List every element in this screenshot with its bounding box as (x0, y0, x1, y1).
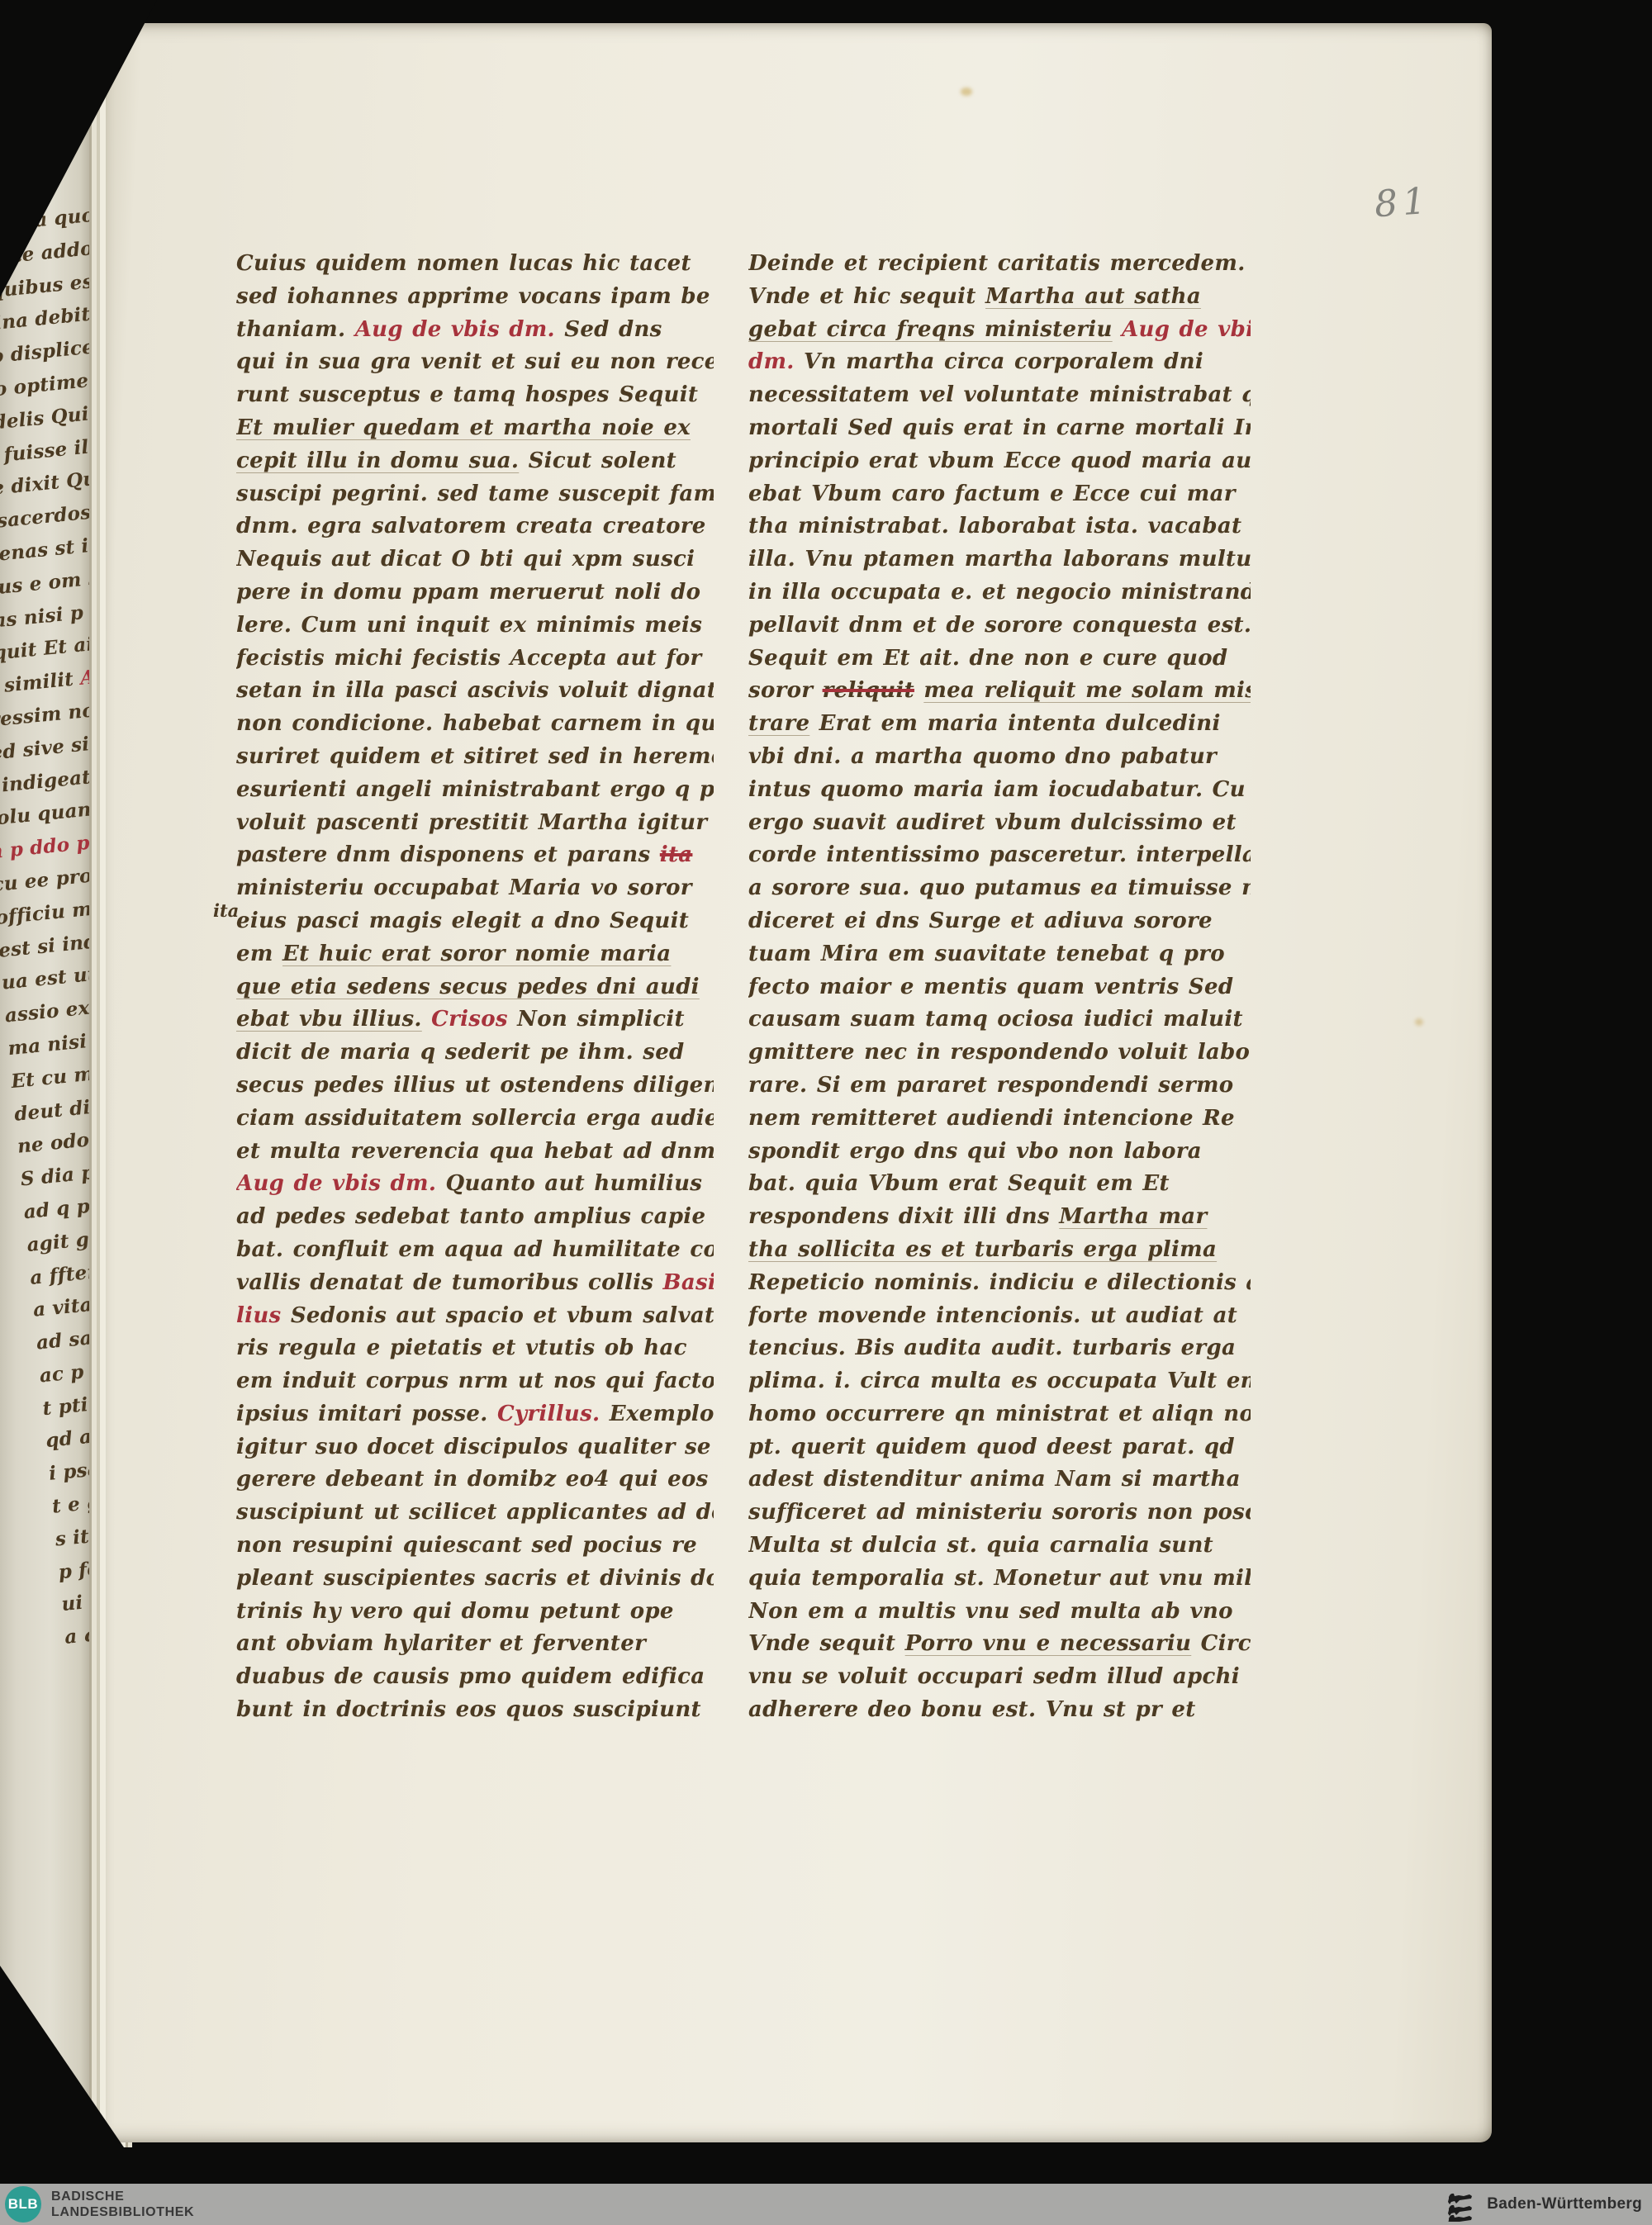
manuscript-text: qd ait p oia se (45, 1416, 91, 1453)
manuscript-text: bat. confluit em aqua ad humilitate con (236, 1237, 714, 1262)
library-name: BADISCHE LANDESBIBLIOTHEK (51, 2189, 194, 2220)
manuscript-text: adherere deo bonu est. Vnu st pr et (748, 1697, 1196, 1722)
manuscript-text: fecistis michi fecistis Accepta aut for (236, 646, 702, 671)
manuscript-line: Aug de vbis dm. Quanto aut humilius (236, 1168, 714, 1201)
foxing-spot (1415, 1018, 1423, 1026)
manuscript-text: Sed dns (555, 317, 662, 342)
manuscript-text: voluit pascenti prestitit Martha igitur (236, 810, 707, 835)
manuscript-line: in illa occupata e. et negocio ministran… (748, 576, 1251, 610)
manuscript-text: secus pedes illius ut ostendens diligen (236, 1073, 714, 1098)
manuscript-text: Nequis aut dicat O bti qui xpm susci (236, 547, 695, 572)
manuscript-text: bat. quia Vbum erat Sequit em Et (748, 1171, 1170, 1196)
manuscript-text: vbi dni. a martha quomo dno pabatur (748, 744, 1217, 769)
manuscript-text: Vnde et hic sequit (748, 284, 985, 309)
manuscript-text: Et mulier quedam et martha noie ex (236, 415, 691, 440)
manuscript-text: Exemplo (600, 1402, 714, 1426)
manuscript-text: plima. i. circa multa es occupata Vult e… (748, 1369, 1251, 1393)
manuscript-line: dm. Vn martha circa corporalem dni (748, 346, 1251, 379)
baden-wuerttemberg-coat-of-arms-icon (1444, 2187, 1477, 2222)
manuscript-line: causam suam tamq ociosa iudici maluit (748, 1003, 1251, 1037)
manuscript-text: sed iohannes apprime vocans ipam be (236, 284, 710, 309)
manuscript-text: spondit ergo dns qui vbo non labora (748, 1139, 1202, 1164)
manuscript-line: non condicione. habebat carnem in qua e (236, 708, 714, 741)
manuscript-line: fecistis michi fecistis Accepta aut for (236, 643, 714, 676)
manuscript-text: ebat Vbum caro factum e Ecce cui mar (748, 482, 1236, 506)
manuscript-text: adest distenditur anima Nam si martha (748, 1467, 1241, 1492)
manuscript-line: adest distenditur anima Nam si martha (748, 1464, 1251, 1497)
manuscript-text: et multa reverencia qua hebat ad dnm (236, 1139, 714, 1164)
manuscript-line: duabus de causis pmo quidem edifica (236, 1661, 714, 1694)
manuscript-text: gebat circa freqns ministeriu (748, 317, 1113, 342)
manuscript-text: Non simplicit (508, 1007, 685, 1032)
manuscript-text: dicit de maria q sederit pe ihm. sed (236, 1040, 685, 1065)
manuscript-text: homo occurrere qn ministrat et aliqn non (748, 1402, 1251, 1426)
manuscript-text: pere in domu ppam meruerut noli do (236, 580, 700, 605)
photographed-book-scene: tora tempa quo vmissaut cuncte addos exp… (0, 0, 1652, 2225)
manuscript-text: Deinde et recipient caritatis mercedem. (748, 251, 1246, 276)
text-column-right: Deinde et recipient caritatis mercedem.V… (748, 248, 1251, 1734)
rubric-text: Aug de vbis (1122, 317, 1251, 342)
manuscript-line: trare Erat em maria intenta dulcedini (748, 708, 1251, 741)
manuscript-line: tha sollicita es et turbaris erga plima (748, 1234, 1251, 1267)
manuscript-text (914, 678, 923, 703)
manuscript-line: Nequis aut dicat O bti qui xpm susci (236, 543, 714, 576)
manuscript-text: Porro vnu e necessariu (905, 1631, 1192, 1656)
manuscript-text: respondens dixit illi dns (748, 1204, 1059, 1229)
manuscript-line: suscipi pegrini. sed tame suscepit famul… (236, 478, 714, 511)
manuscript-line: quia temporalia st. Monetur aut vnu mili… (748, 1563, 1251, 1596)
manuscript-line: tuam Mira em suavitate tenebat q pro (748, 938, 1251, 971)
manuscript-text: ipsius imitari posse. (236, 1402, 497, 1426)
manuscript-text: em (236, 942, 282, 966)
marginal-correction-note: ita (213, 900, 239, 921)
manuscript-line: bunt in doctrinis eos quos suscipiunt (236, 1694, 714, 1727)
library-name-line2: LANDESBIBLIOTHEK (51, 2204, 194, 2220)
manuscript-line: pere in domu ppam meruerut noli do (236, 576, 714, 610)
rubric-text: Crisos (431, 1007, 508, 1032)
manuscript-text: igitur suo docet discipulos qualiter se (236, 1435, 711, 1459)
manuscript-text: ad pedes sedebat tanto amplius capie (236, 1204, 705, 1229)
manuscript-line: lere. Cum uni inquit ex minimis meis (236, 610, 714, 643)
manuscript-line: forte movende intencionis. ut audiat at (748, 1300, 1251, 1333)
manuscript-line: gmittere nec in respondendo voluit labo (748, 1037, 1251, 1070)
manuscript-line: necessitatem vel voluntate ministrabat q… (748, 379, 1251, 412)
manuscript-line: adherere deo bonu est. Vnu st pr et (748, 1694, 1251, 1727)
manuscript-text: tha sollicita es et turbaris erga plima (748, 1237, 1217, 1262)
manuscript-line: setan in illa pasci ascivis voluit digna… (236, 675, 714, 708)
manuscript-text: fecto maior e mentis quam ventris Sed (748, 975, 1233, 999)
library-footer-bar: BLB BADISCHE LANDESBIBLIOTHEK Baden-Würt… (0, 2184, 1652, 2225)
manuscript-text: cepit illu in domu sua. (236, 448, 519, 473)
manuscript-text: suscipi pegrini. sed tame suscepit famul… (236, 482, 714, 506)
manuscript-line: igitur suo docet discipulos qualiter se (236, 1431, 714, 1464)
manuscript-line: ciam assiduitatem sollercia erga audiend… (236, 1103, 714, 1136)
manuscript-text: tencius. Bis audita audit. turbaris erga (748, 1335, 1236, 1360)
manuscript-text: Quanto aut humilius (436, 1171, 702, 1196)
manuscript-line: ebat Vbum caro factum e Ecce cui mar (748, 478, 1251, 511)
manuscript-line: runt susceptus e tamq hospes Sequit (236, 379, 714, 412)
manuscript-line: rare. Si em pararet respondendi sermo (748, 1070, 1251, 1103)
manuscript-line: Vnde et hic sequit Martha aut satha (748, 281, 1251, 314)
manuscript-text: Martha mar (1059, 1204, 1207, 1229)
manuscript-text: tha ministrabat. laborabat ista. vacabat (748, 514, 1241, 538)
manuscript-line: Cuius quidem nomen lucas hic tacet (236, 248, 714, 281)
manuscript-text: intus quomo maria iam iocudabatur. Cu (748, 777, 1246, 802)
manuscript-line: corde intentissimo pasceretur. interpell… (748, 839, 1251, 872)
manuscript-text: reliquit (823, 678, 914, 703)
manuscript-text: Et huic erat soror nomie maria (282, 942, 671, 966)
manuscript-line: diceret ei dns Surge et adiuva sorore (748, 905, 1251, 938)
manuscript-text: thaniam. (236, 317, 355, 342)
manuscript-text: setan in illa pasci ascivis voluit digna… (236, 678, 714, 703)
manuscript-text: t e gre dei fide (51, 1480, 91, 1517)
manuscript-text: suscipiunt ut scilicet applicantes ad do… (236, 1500, 714, 1525)
manuscript-text: ciam assiduitatem sollercia erga audiend… (236, 1106, 714, 1131)
manuscript-line: Deinde et recipient caritatis mercedem. (748, 248, 1251, 281)
manuscript-text: qui in sua gra venit et sui eu non recep… (236, 349, 714, 374)
manuscript-line: mortali Sed quis erat in carne mortali I… (748, 412, 1251, 445)
manuscript-line: ad pedes sedebat tanto amplius capie (236, 1201, 714, 1234)
manuscript-line: Vnde sequit Porro vnu e necessariu Circa (748, 1628, 1251, 1661)
manuscript-text: S dia p se qua i (20, 1153, 91, 1191)
rubric-text: Aug de vbis dm. (236, 1171, 436, 1196)
manuscript-line: que etia sedens secus pedes dni audi (236, 971, 714, 1004)
manuscript-text: Sicut solent (519, 448, 676, 473)
blb-logo-icon: BLB (5, 2186, 41, 2223)
manuscript-line: non resupini quiescant sed pocius re (236, 1530, 714, 1563)
library-name-line1: BADISCHE (51, 2189, 194, 2204)
manuscript-text: duabus de causis pmo quidem edifica (236, 1664, 705, 1689)
manuscript-text: ministeriu occupabat Maria vo soror (236, 875, 692, 900)
manuscript-text: soror (748, 678, 823, 703)
manuscript-line: sufficeret ad ministeriu sororis non pos… (748, 1497, 1251, 1530)
manuscript-line: em induit corpus nrm ut nos qui facto4 (236, 1365, 714, 1398)
manuscript-line: illa. Vnu ptamen martha laborans multu (748, 543, 1251, 576)
rubric-text: lius (236, 1303, 282, 1328)
manuscript-line: spondit ergo dns qui vbo non labora (748, 1136, 1251, 1169)
rubric-text: ita (660, 842, 693, 867)
manuscript-text: ui boni sumus (60, 1579, 91, 1616)
manuscript-text: pt. querit quidem quod deest parat. qd (748, 1435, 1235, 1459)
manuscript-text: Multa st dulcia st. quia carnalia sunt (748, 1533, 1213, 1558)
manuscript-text: suriret quidem et sitiret sed in heremo (236, 744, 714, 769)
folio-number: 81 (1343, 178, 1461, 228)
manuscript-text: forte movende intencionis. ut audiat at (748, 1303, 1237, 1328)
manuscript-text: que etia sedens secus pedes dni audi (236, 975, 700, 999)
manuscript-line: respondens dixit illi dns Martha mar (748, 1201, 1251, 1234)
manuscript-line: ris regula e pietatis et vtutis ob hac (236, 1332, 714, 1365)
manuscript-line: fecto maior e mentis quam ventris Sed (748, 971, 1251, 1004)
manuscript-line: eius pasci magis elegit a dno Sequit (236, 905, 714, 938)
manuscript-text: pellavit dnm et de sorore conquesta est. (748, 613, 1251, 638)
manuscript-text: Vnde sequit (748, 1631, 905, 1656)
manuscript-text: vallis denatat de tumoribus collis (236, 1270, 663, 1295)
manuscript-line: soror reliquit mea reliquit me solam mis (748, 675, 1251, 708)
manuscript-text: Non em a multis vnu sed multa ab vno (748, 1599, 1233, 1624)
manuscript-text: dnm. egra salvatorem creata creatore (236, 514, 706, 538)
manuscript-line: sed iohannes apprime vocans ipam be (236, 281, 714, 314)
manuscript-text: bunt in doctrinis eos quos suscipiunt (236, 1697, 701, 1722)
manuscript-line: Repeticio nominis. indiciu e dilectionis… (748, 1267, 1251, 1300)
manuscript-text: Sedonis aut spacio et vbum salvato (282, 1303, 714, 1328)
rubric-text: Cyrillus. (497, 1402, 600, 1426)
manuscript-line: homo occurrere qn ministrat et aliqn non (748, 1398, 1251, 1431)
manuscript-text: Sequit em Et ait. dne non e cure quod (748, 646, 1227, 671)
manuscript-text: Repeticio nominis. indiciu e dilectionis… (748, 1270, 1251, 1295)
manuscript-text: mea reliquit me solam mis (923, 678, 1251, 703)
manuscript-text: vnu se voluit occupari sedm illud apchi (748, 1664, 1240, 1689)
manuscript-line: ergo suavit audiret vbum dulcissimo et (748, 807, 1251, 840)
manuscript-line: Multa st dulcia st. quia carnalia sunt (748, 1530, 1251, 1563)
manuscript-text: gmittere nec in respondendo voluit labo (748, 1040, 1250, 1065)
manuscript-line: pleant suscipientes sacris et divinis do… (236, 1563, 714, 1596)
manuscript-line: suscipiunt ut scilicet applicantes ad do… (236, 1497, 714, 1530)
manuscript-text: tuam Mira em suavitate tenebat q pro (748, 942, 1225, 966)
manuscript-line: tha ministrabat. laborabat ista. vacabat (748, 510, 1251, 543)
manuscript-text: diceret ei dns Surge et adiuva sorore (748, 909, 1213, 933)
manuscript-text: Erat em maria intenta dulcedini (809, 711, 1220, 736)
state-branding: Baden-Württemberg (1444, 2184, 1642, 2225)
manuscript-line: esurienti angeli ministrabant ergo q pas… (236, 774, 714, 807)
manuscript-page: 81 Cuius quidem nomen lucas hic tacetsed… (106, 23, 1492, 2142)
manuscript-text: in illa occupata e. et negocio ministran… (748, 580, 1251, 605)
manuscript-text: em induit corpus nrm ut nos qui facto4 (236, 1369, 714, 1393)
rubric-text: dm. (748, 349, 795, 374)
manuscript-line: tencius. Bis audita audit. turbaris erga (748, 1332, 1251, 1365)
manuscript-text: non condicione. habebat carnem in qua e (236, 711, 714, 736)
manuscript-line: intus quomo maria iam iocudabatur. Cu (748, 774, 1251, 807)
manuscript-line: qui in sua gra venit et sui eu non recep… (236, 346, 714, 379)
manuscript-line: thaniam. Aug de vbis dm. Sed dns (236, 314, 714, 347)
manuscript-line: vnu se voluit occupari sedm illud apchi (748, 1661, 1251, 1694)
rubric-text: Basi (663, 1270, 714, 1295)
manuscript-text: sufficeret ad ministeriu sororis non pos… (748, 1500, 1251, 1525)
manuscript-text: ris regula e pietatis et vtutis ob hac (236, 1335, 687, 1360)
manuscript-text: trare (748, 711, 809, 736)
manuscript-line: pellavit dnm et de sorore conquesta est. (748, 610, 1251, 643)
manuscript-text: principio erat vbum Ecce quod maria audi (748, 448, 1251, 473)
manuscript-text: esurienti angeli ministrabant ergo q pas… (236, 777, 714, 802)
manuscript-line: gerere debeant in domibz eo4 qui eos (236, 1464, 714, 1497)
manuscript-line: bat. confluit em aqua ad humilitate con (236, 1234, 714, 1267)
manuscript-line: dnm. egra salvatorem creata creatore (236, 510, 714, 543)
manuscript-text: quia temporalia st. Monetur aut vnu mili… (748, 1566, 1251, 1591)
manuscript-text: Circa (1191, 1631, 1251, 1656)
manuscript-line: ipsius imitari posse. Cyrillus. Exemplo (236, 1398, 714, 1431)
manuscript-text: s ita vt i oi re (55, 1515, 91, 1551)
manuscript-text: p fecto bono us (57, 1545, 91, 1583)
manuscript-text: Martha aut satha (985, 284, 1201, 309)
manuscript-line: pt. querit quidem quod deest parat. qd (748, 1431, 1251, 1464)
manuscript-line: vbi dni. a martha quomo dno pabatur (748, 741, 1251, 774)
text-column-left: Cuius quidem nomen lucas hic tacetsed io… (236, 248, 714, 1734)
manuscript-text: mortali Sed quis erat in carne mortali I… (748, 415, 1251, 440)
state-label: Baden-Württemberg (1487, 2195, 1642, 2213)
facing-leaf-edge: tora tempa quo vmissaut cuncte addos exp… (0, 0, 91, 2147)
manuscript-text: a vitalis (32, 1291, 91, 1322)
manuscript-text: necessitatem vel voluntate ministrabat q… (748, 382, 1251, 407)
manuscript-line: dicit de maria q sederit pe ihm. sed (236, 1037, 714, 1070)
manuscript-line: ministeriu occupabat Maria vo soror (236, 872, 714, 905)
manuscript-text: runt susceptus e tamq hospes Sequit (236, 382, 698, 407)
manuscript-text: non resupini quiescant sed pocius re (236, 1533, 697, 1558)
manuscript-text (422, 1007, 431, 1032)
manuscript-text: ergo suavit audiret vbum dulcissimo et (748, 810, 1237, 835)
manuscript-line: bat. quia Vbum erat Sequit em Et (748, 1168, 1251, 1201)
manuscript-line: gebat circa freqns ministeriu Aug de vbi… (748, 314, 1251, 347)
manuscript-text: illa. Vnu ptamen martha laborans multu (748, 547, 1251, 572)
manuscript-line: ebat vbu illius. Crisos Non simplicit (236, 1003, 714, 1037)
manuscript-line: lius Sedonis aut spacio et vbum salvato (236, 1300, 714, 1333)
manuscript-text: pastere dnm disponens et parans (236, 842, 660, 867)
manuscript-line: em Et huic erat soror nomie maria (236, 938, 714, 971)
manuscript-line: voluit pascenti prestitit Martha igitur (236, 807, 714, 840)
manuscript-text: rare. Si em pararet respondendi sermo (748, 1073, 1233, 1098)
manuscript-line: trinis hy vero qui domu petunt ope (236, 1596, 714, 1629)
manuscript-text: lere. Cum uni inquit ex minimis meis (236, 613, 702, 638)
manuscript-line: ant obviam hylariter et ferventer (236, 1628, 714, 1661)
manuscript-text: trinis hy vero qui domu petunt ope (236, 1599, 674, 1624)
manuscript-line: plima. i. circa multa es occupata Vult e… (748, 1365, 1251, 1398)
manuscript-line: vallis denatat de tumoribus collis Basi (236, 1267, 714, 1300)
manuscript-text: corde intentissimo pasceretur. interpell… (748, 842, 1251, 867)
manuscript-text: Cuius quidem nomen lucas hic tacet (236, 251, 691, 276)
manuscript-line: cepit illu in domu sua. Sicut solent (236, 445, 714, 478)
manuscript-text: eius pasci magis elegit a dno Sequit (236, 909, 689, 933)
manuscript-text: causam suam tamq ociosa iudici maluit (748, 1007, 1243, 1032)
manuscript-line: Et mulier quedam et martha noie ex (236, 412, 714, 445)
manuscript-line: principio erat vbum Ecce quod maria audi (748, 445, 1251, 478)
foxing-spot (961, 88, 972, 96)
rubric-text: Aug de vbis dm. (355, 317, 555, 342)
manuscript-line: nem remitteret audiendi intencione Re (748, 1103, 1251, 1136)
manuscript-text: gerere debeant in domibz eo4 qui eos (236, 1467, 709, 1492)
manuscript-line: et multa reverencia qua hebat ad dnm (236, 1136, 714, 1169)
manuscript-line: pastere dnm disponens et parans ita (236, 839, 714, 872)
manuscript-text: a sorore sua. quo putamus ea timuisse ne (748, 875, 1251, 900)
manuscript-line: secus pedes illius ut ostendens diligen (236, 1070, 714, 1103)
manuscript-line: a sorore sua. quo putamus ea timuisse ne (748, 872, 1251, 905)
manuscript-line: Non em a multis vnu sed multa ab vno (748, 1596, 1251, 1629)
manuscript-text: nem remitteret audiendi intencione Re (748, 1106, 1235, 1131)
manuscript-text: Vn martha circa corporalem dni (795, 349, 1203, 374)
manuscript-line: suriret quidem et sitiret sed in heremo (236, 741, 714, 774)
manuscript-text: pleant suscipientes sacris et divinis do… (236, 1566, 714, 1591)
manuscript-text (1113, 317, 1122, 342)
manuscript-text: ant obviam hylariter et ferventer (236, 1631, 646, 1656)
manuscript-text: ebat vbu illius. (236, 1007, 422, 1032)
manuscript-line: Sequit em Et ait. dne non e cure quod (748, 643, 1251, 676)
facing-leaf-text-fragments: tora tempa quo vmissaut cuncte addos exp… (0, 187, 91, 1650)
